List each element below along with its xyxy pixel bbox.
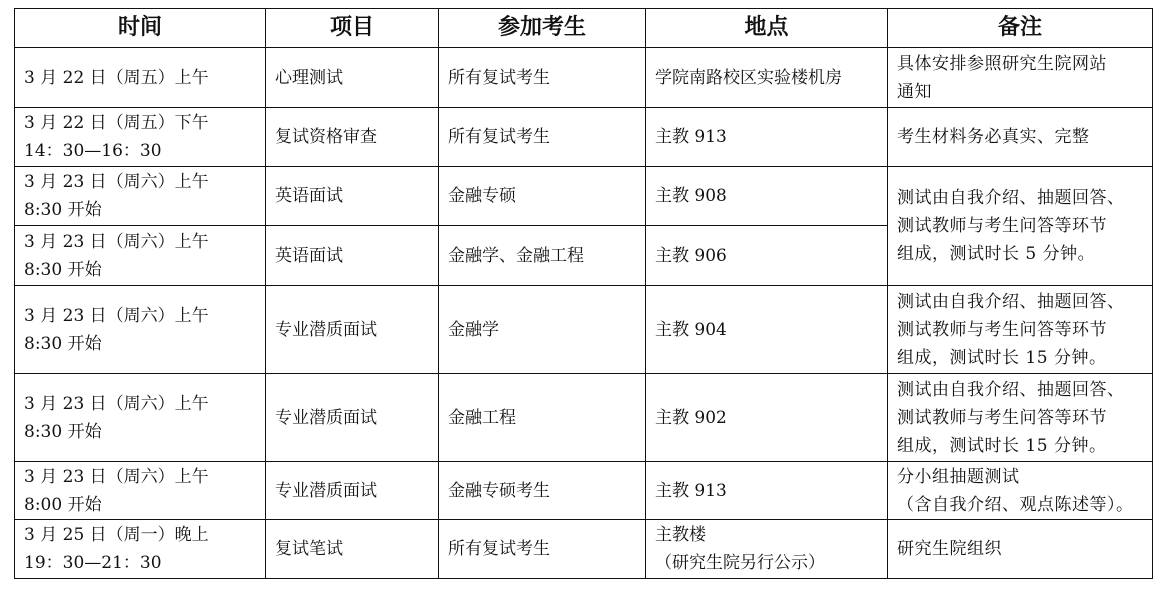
cell-item: 心理测试 [266,48,439,108]
cell-time: 3 月 23 日（周六）上午8:30 开始 [15,374,266,462]
cell-item: 英语面试 [266,226,439,286]
cell-item: 复试资格审查 [266,108,439,167]
cell-location: 主教 906 [646,226,888,286]
table-row: 3 月 22 日（周五）上午 心理测试 所有复试考生 学院南路校区实验楼机房 具… [15,48,1153,108]
cell-item: 专业潜质面试 [266,286,439,374]
cell-participants: 金融专硕 [439,167,646,226]
table-row: 3 月 25 日（周一）晚上19：30—21：30 复试笔试 所有复试考生 主教… [15,520,1153,579]
cell-participants: 所有复试考生 [439,108,646,167]
header-time: 时间 [15,9,266,48]
table-row: 3 月 22 日（周五）下午14：30—16：30 复试资格审查 所有复试考生 … [15,108,1153,167]
cell-remarks: 测试由自我介绍、抽题回答、测试教师与考生问答等环节组成，测试时长 5 分钟。 [888,167,1153,286]
cell-participants: 金融工程 [439,374,646,462]
cell-item: 专业潜质面试 [266,374,439,462]
cell-time: 3 月 25 日（周一）晚上19：30—21：30 [15,520,266,579]
cell-location: 主教 908 [646,167,888,226]
cell-participants: 金融学、金融工程 [439,226,646,286]
cell-participants: 金融学 [439,286,646,374]
cell-location: 主教 913 [646,108,888,167]
cell-location: 主教楼（研究生院另行公示） [646,520,888,579]
table-row: 3 月 23 日（周六）上午8:30 开始 专业潜质面试 金融工程 主教 902… [15,374,1153,462]
table-row: 3 月 23 日（周六）上午8:30 开始 专业潜质面试 金融学 主教 904 … [15,286,1153,374]
cell-location: 主教 913 [646,462,888,520]
cell-remarks: 测试由自我介绍、抽题回答、测试教师与考生问答等环节组成，测试时长 15 分钟。 [888,286,1153,374]
schedule-table: 时间 项目 参加考生 地点 备注 3 月 22 日（周五）上午 心理测试 所有复… [14,8,1153,579]
cell-time: 3 月 22 日（周五）上午 [15,48,266,108]
cell-location: 学院南路校区实验楼机房 [646,48,888,108]
cell-participants: 所有复试考生 [439,520,646,579]
cell-time: 3 月 23 日（周六）上午8:30 开始 [15,226,266,286]
cell-time: 3 月 22 日（周五）下午14：30—16：30 [15,108,266,167]
cell-remarks: 分小组抽题测试（含自我介绍、观点陈述等）。 [888,462,1153,520]
cell-remarks: 研究生院组织 [888,520,1153,579]
table-row: 3 月 23 日（周六）上午8:00 开始 专业潜质面试 金融专硕考生 主教 9… [15,462,1153,520]
cell-item: 英语面试 [266,167,439,226]
cell-time: 3 月 23 日（周六）上午8:30 开始 [15,286,266,374]
cell-item: 复试笔试 [266,520,439,579]
header-remarks: 备注 [888,9,1153,48]
cell-item: 专业潜质面试 [266,462,439,520]
header-row: 时间 项目 参加考生 地点 备注 [15,9,1153,48]
cell-remarks: 测试由自我介绍、抽题回答、测试教师与考生问答等环节组成，测试时长 15 分钟。 [888,374,1153,462]
cell-location: 主教 904 [646,286,888,374]
cell-participants: 所有复试考生 [439,48,646,108]
cell-remarks: 考生材料务必真实、完整 [888,108,1153,167]
cell-participants: 金融专硕考生 [439,462,646,520]
header-location: 地点 [646,9,888,48]
cell-remarks: 具体安排参照研究生院网站通知 [888,48,1153,108]
table-row: 3 月 23 日（周六）上午8:30 开始 英语面试 金融专硕 主教 908 测… [15,167,1153,226]
header-participants: 参加考生 [439,9,646,48]
cell-location: 主教 902 [646,374,888,462]
header-item: 项目 [266,9,439,48]
cell-time: 3 月 23 日（周六）上午8:30 开始 [15,167,266,226]
cell-time: 3 月 23 日（周六）上午8:00 开始 [15,462,266,520]
